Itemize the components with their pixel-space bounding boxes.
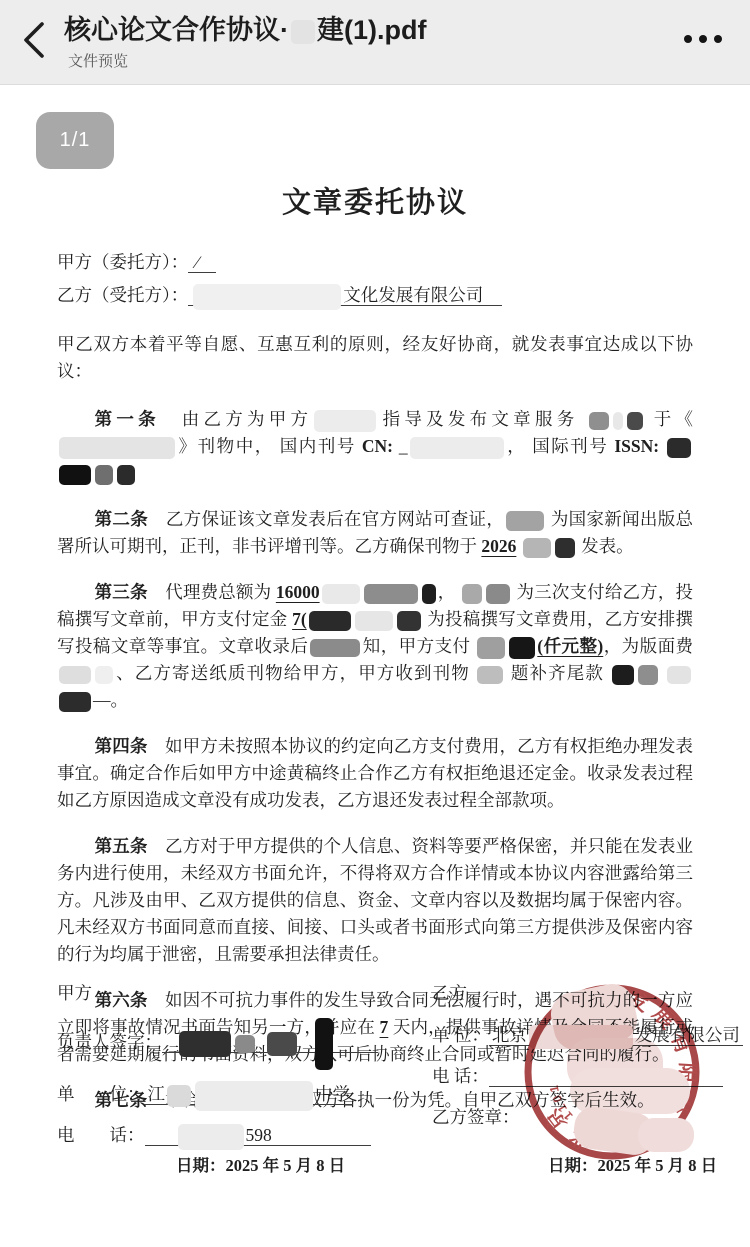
file-title: 核心论文合作协议·建(1).pdf [64, 8, 624, 47]
back-chevron-icon [16, 18, 56, 62]
company-seal-stamp: 发展有限公司 北京 1101 [512, 972, 712, 1172]
party-a-line: 甲方（委托方）： ∕ [57, 246, 693, 279]
more-options-dot-icon [714, 35, 722, 43]
clause-1: 第一条 由乙方为甲方指导及发布文章服务 于《》刊物中， 国内刊号 CN: _， … [57, 406, 693, 487]
file-preview-label: 文件预览 [68, 50, 128, 71]
party-a-heading: 甲方 [57, 976, 407, 1010]
party-a-signature-block: 甲方 负责人签字： 单 位：江中学 电 话：598 [57, 976, 407, 1159]
file-preview-screen: 核心论文合作协议·建(1).pdf 文件预览 1/1 文章委托协议 甲方（委托方… [0, 0, 750, 1247]
back-button[interactable] [16, 18, 56, 62]
top-navigation-bar: 核心论文合作协议·建(1).pdf 文件预览 [0, 0, 750, 85]
party-a-date: 日期：2025 年 5 月 8 日 [176, 1152, 345, 1176]
party-b-line: 乙方（受托方）：文化发展有限公司 [57, 279, 693, 312]
clause-5: 第五条 乙方对于甲方提供的个人信息、资料等要严格保密，并只能在发表业务内进行使用… [57, 833, 693, 968]
page-number-badge: 1/1 [36, 112, 114, 169]
more-options-dot-icon [699, 35, 707, 43]
party-a-unit-row: 单 位：江中学 [57, 1077, 407, 1111]
intro-paragraph: 甲乙双方本着平等自愿、互惠互利的原则，经友好协商，就发表事宜达成以下协议： [57, 331, 693, 385]
more-options-dot-icon [684, 35, 692, 43]
party-a-phone-row: 电 话：598 [57, 1118, 407, 1152]
more-options-button[interactable] [670, 24, 722, 54]
document-title: 文章委托协议 [57, 186, 693, 220]
clause-3: 第三条 代理费总额为 16000， 为三次支付给乙方，投稿撰写文章前，甲方支付定… [57, 579, 693, 714]
clause-4: 第四条 如甲方未按照本协议的约定向乙方支付费用，乙方有权拒绝办理发表事宜。确定合… [57, 733, 693, 814]
clause-2: 第二条 乙方保证该文章发表后在官方网站可查证， 为国家新闻出版总署所认可期刊，正… [57, 506, 693, 560]
party-a-signer-row: 负责人签字： [57, 1018, 407, 1070]
